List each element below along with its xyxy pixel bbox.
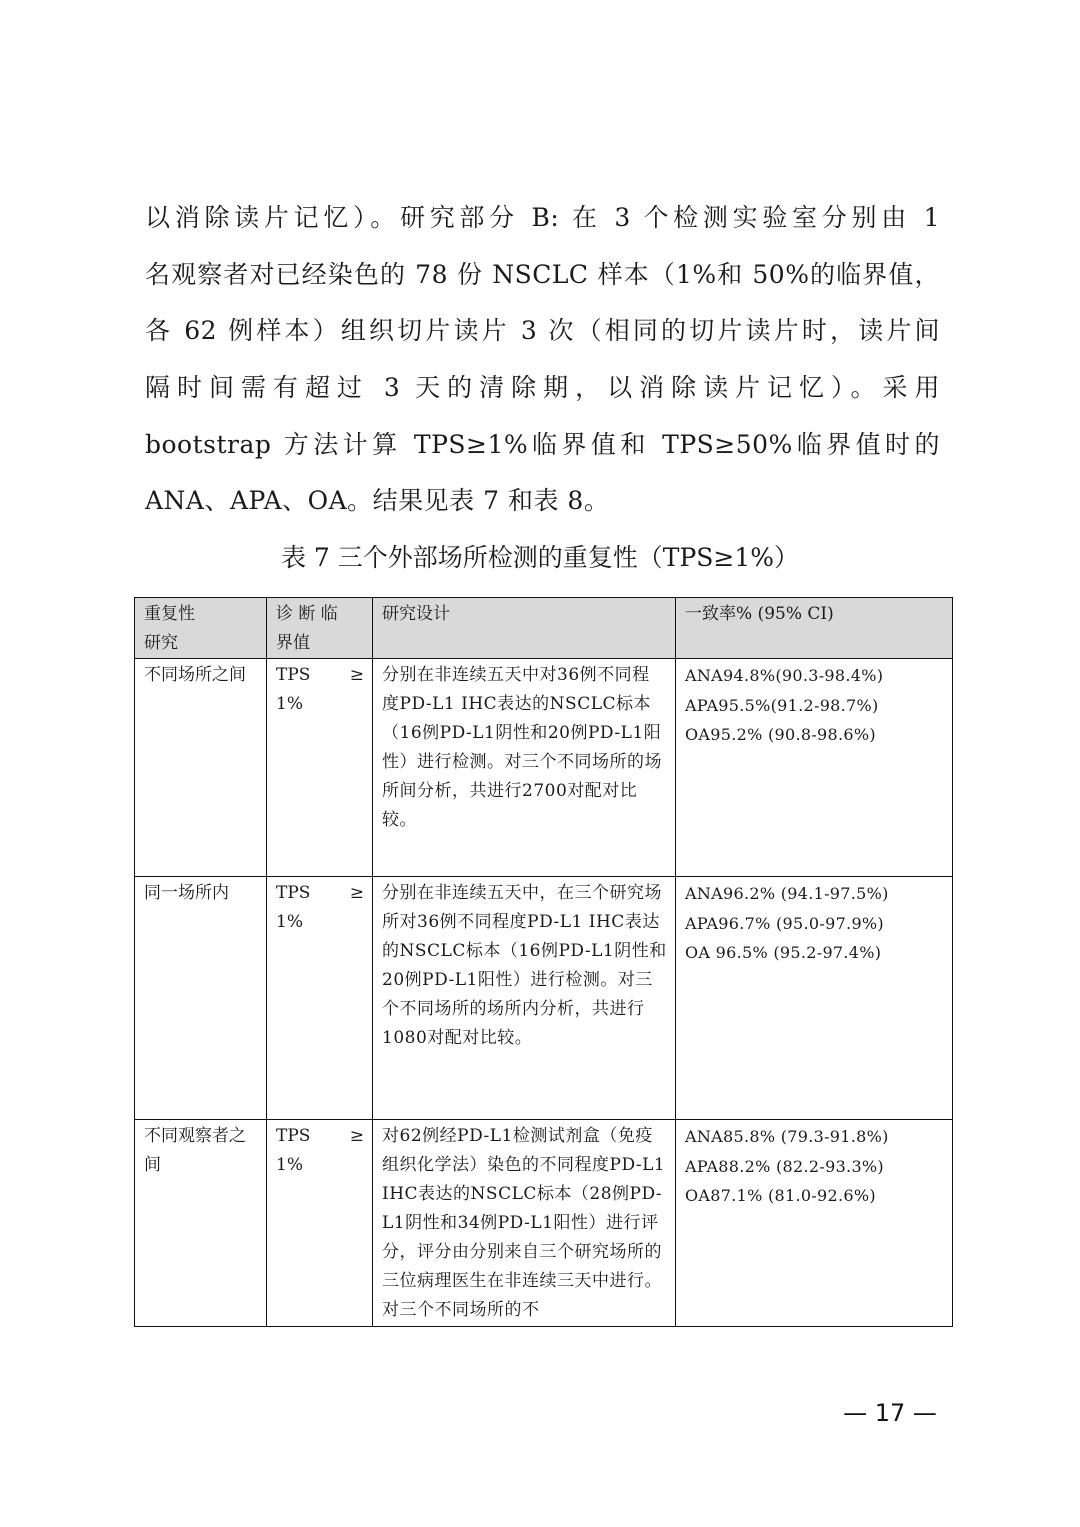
table-row: 不同场所之间 TPS≥ 1% 分别在非连续五天中对36例不同程度PD-L1 IH… (135, 659, 953, 877)
body-line: bootstrap 方法计算 TPS≥1%临界值和 TPS≥50%临界值时的 (145, 425, 940, 465)
page-number: — 17 — (835, 1396, 945, 1430)
cell-study: 不同场所之间 (135, 659, 267, 877)
table-row: 同一场所内 TPS≥ 1% 分别在非连续五天中，在三个研究场所对36例不同程度P… (135, 877, 953, 1120)
header-design: 研究设计 (373, 598, 676, 659)
cell-agreement: ANA96.2% (94.1-97.5%) APA96.7% (95.0-97.… (676, 877, 953, 1120)
cell-design: 分别在非连续五天中对36例不同程度PD-L1 IHC表达的NSCLC标本（16例… (373, 659, 676, 877)
body-line: 名观察者对已经染色的 78 份 NSCLC 样本（1%和 50%的临界值， (145, 255, 940, 295)
cell-cutoff: TPS≥ 1% (267, 1120, 373, 1327)
table-caption: 表 7 三个外部场所检测的重复性（TPS≥1%） (0, 538, 1080, 578)
header-study: 重复性 研究 (135, 598, 267, 659)
cell-study: 不同观察者之间 (135, 1120, 267, 1327)
cell-agreement: ANA94.8%(90.3-98.4%) APA95.5%(91.2-98.7%… (676, 659, 953, 877)
cell-design: 对62例经PD-L1检测试剂盒（免疫组织化学法）染色的不同程度PD-L1 IHC… (373, 1120, 676, 1327)
repeatability-table: 重复性 研究 诊 断 临 界值 研究设计 一致率% (95% CI) 不同场所之… (134, 597, 953, 1327)
cell-cutoff: TPS≥ 1% (267, 877, 373, 1120)
header-cutoff: 诊 断 临 界值 (267, 598, 373, 659)
body-line: 隔时间需有超过 3 天的清除期，以消除读片记忆）。采用 (145, 368, 940, 408)
cell-design: 分别在非连续五天中，在三个研究场所对36例不同程度PD-L1 IHC表达的NSC… (373, 877, 676, 1120)
body-line: ANA、APA、OA。结果见表 7 和表 8。 (145, 481, 940, 521)
cell-cutoff: TPS≥ 1% (267, 659, 373, 877)
table-row: 不同观察者之间 TPS≥ 1% 对62例经PD-L1检测试剂盒（免疫组织化学法）… (135, 1120, 953, 1327)
body-line: 各 62 例样本）组织切片读片 3 次（相同的切片读片时，读片间 (145, 311, 940, 351)
body-line: 以消除读片记忆）。研究部分 B: 在 3 个检测实验室分别由 1 (145, 198, 940, 238)
table-header-row: 重复性 研究 诊 断 临 界值 研究设计 一致率% (95% CI) (135, 598, 953, 659)
cell-study: 同一场所内 (135, 877, 267, 1120)
header-agreement: 一致率% (95% CI) (676, 598, 953, 659)
cell-agreement: ANA85.8% (79.3-91.8%) APA88.2% (82.2-93.… (676, 1120, 953, 1327)
